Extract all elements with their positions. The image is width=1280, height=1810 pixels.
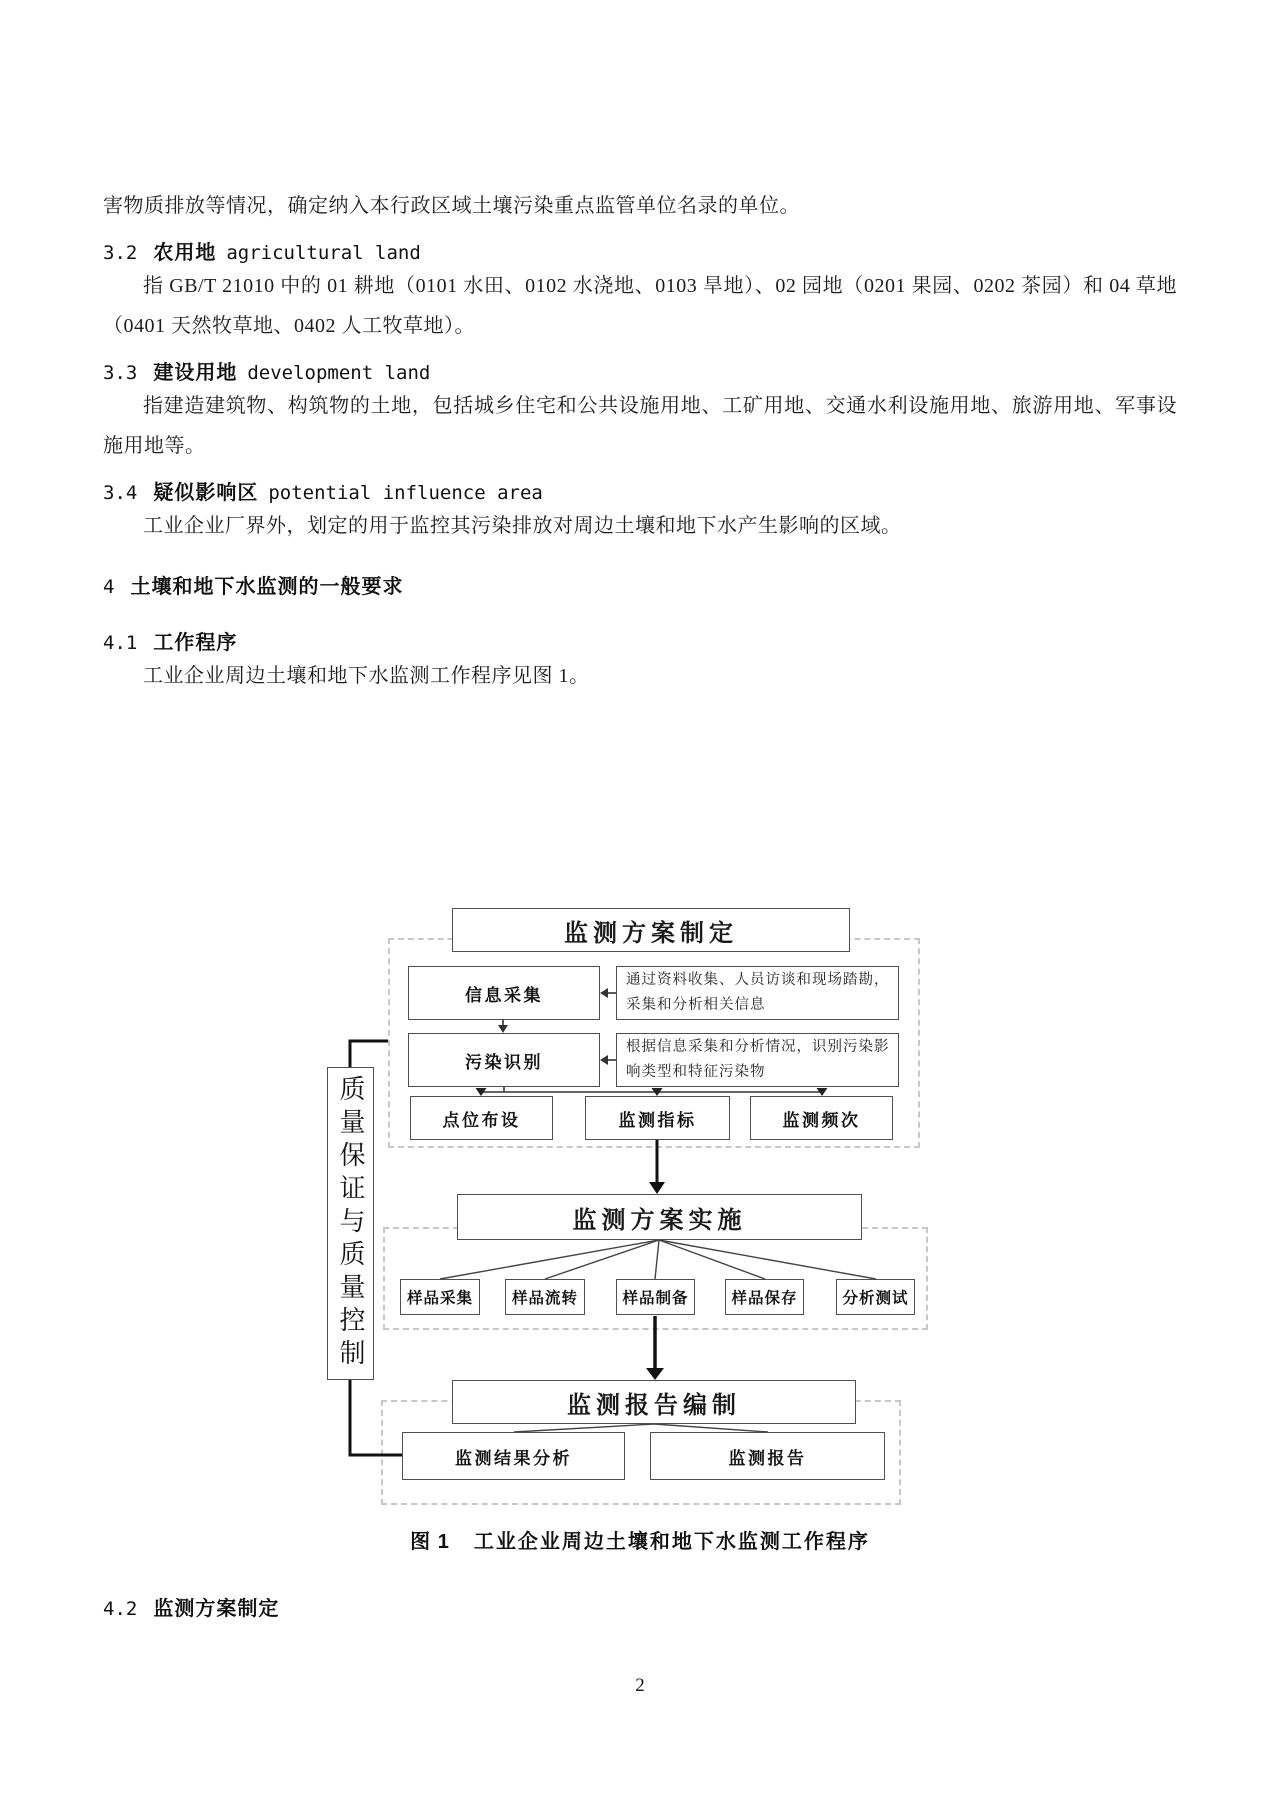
box-note-info: 通过资料收集、人员访谈和现场踏勘，采集和分析相关信息	[616, 966, 899, 1020]
box-monitoring-indicators-label: 监测指标	[619, 1106, 697, 1131]
box-note-pollution: 根据信息采集和分析情况，识别污染影响类型和特征污染物	[616, 1033, 899, 1087]
box-quality-assurance: 质量保证与质量控制	[327, 1067, 374, 1380]
box-stage-report-label: 监测报告编制	[567, 1385, 741, 1420]
heading-3-3-english: development land	[247, 362, 430, 384]
heading-3-2-title: 农用地	[153, 242, 216, 264]
box-monitoring-frequency: 监测频次	[750, 1096, 893, 1140]
box-info-collection: 信息采集	[408, 966, 600, 1020]
paragraph-intro: 害物质排放等情况，确定纳入本行政区域土壤污染重点监管单位名录的单位。	[103, 186, 1177, 226]
heading-3-2-number: 3.2	[103, 242, 137, 264]
heading-4-1-number: 4.1	[103, 632, 137, 654]
heading-4-2-number: 4.2	[103, 1598, 137, 1620]
heading-3-3-title: 建设用地	[153, 362, 237, 384]
box-pollution-identification-label: 污染识别	[465, 1048, 543, 1073]
box-stage-plan-label: 监测方案制定	[564, 913, 738, 948]
box-sample-collection-label: 样品采集	[407, 1286, 473, 1308]
box-stage-implementation: 监测方案实施	[457, 1194, 862, 1240]
document-page: 害物质排放等情况，确定纳入本行政区域土壤污染重点监管单位名录的单位。 3.2农用…	[0, 0, 1280, 1810]
heading-3-4-title: 疑似影响区	[153, 482, 258, 504]
heading-3-4-number: 3.4	[103, 482, 137, 504]
box-sample-preparation: 样品制备	[616, 1279, 695, 1315]
heading-4-number: 4	[103, 576, 114, 598]
box-analysis-testing-label: 分析测试	[842, 1286, 908, 1308]
box-analysis-testing: 分析测试	[836, 1279, 915, 1315]
heading-4-2-title: 监测方案制定	[153, 1598, 279, 1620]
box-point-layout: 点位布设	[410, 1096, 553, 1140]
box-pollution-identification: 污染识别	[408, 1033, 600, 1087]
box-quality-assurance-label: 质量保证与质量控制	[332, 1075, 369, 1372]
box-sample-collection: 样品采集	[400, 1279, 480, 1315]
figure-1-caption-text: 工业企业周边土壤和地下水监测工作程序	[474, 1531, 870, 1553]
paragraph-3-2: 指 GB/T 21010 中的 01 耕地（0101 水田、0102 水浇地、0…	[103, 266, 1177, 346]
heading-4-title: 土壤和地下水监测的一般要求	[130, 576, 403, 598]
box-result-analysis-label: 监测结果分析	[455, 1444, 572, 1469]
box-info-collection-label: 信息采集	[465, 981, 543, 1006]
box-sample-transfer-label: 样品流转	[512, 1286, 578, 1308]
box-stage-implementation-label: 监测方案实施	[573, 1200, 747, 1235]
heading-4-2: 4.2监测方案制定	[103, 1596, 279, 1622]
box-sample-storage: 样品保存	[725, 1279, 804, 1315]
box-stage-plan: 监测方案制定	[452, 908, 850, 952]
heading-4: 4土壤和地下水监测的一般要求	[103, 574, 1177, 600]
box-stage-report: 监测报告编制	[452, 1380, 856, 1424]
heading-3-4: 3.4疑似影响区potential influence area	[103, 480, 1177, 506]
box-sample-storage-label: 样品保存	[731, 1286, 797, 1308]
paragraph-4-1: 工业企业周边土壤和地下水监测工作程序见图 1。	[103, 656, 1177, 696]
figure-1-flowchart: 监测方案制定 信息采集 通过资料收集、人员访谈和现场踏勘，采集和分析相关信息 污…	[320, 900, 940, 1518]
box-note-pollution-text: 根据信息采集和分析情况，识别污染影响类型和特征污染物	[626, 1035, 892, 1085]
box-monitoring-frequency-label: 监测频次	[783, 1106, 861, 1131]
heading-4-1-title: 工作程序	[153, 632, 237, 654]
heading-3-3-number: 3.3	[103, 362, 137, 384]
box-monitoring-report-label: 监测报告	[729, 1444, 807, 1469]
heading-4-1: 4.1工作程序	[103, 630, 1177, 656]
box-sample-preparation-label: 样品制备	[622, 1286, 688, 1308]
box-monitoring-indicators: 监测指标	[585, 1096, 730, 1140]
heading-3-2: 3.2农用地agricultural land	[103, 240, 1177, 266]
box-monitoring-report: 监测报告	[650, 1432, 885, 1480]
paragraph-3-4: 工业企业厂界外，划定的用于监控其污染排放对周边土壤和地下水产生影响的区域。	[103, 506, 1177, 546]
box-sample-transfer: 样品流转	[505, 1279, 585, 1315]
heading-3-4-english: potential influence area	[268, 482, 543, 504]
heading-3-2-english: agricultural land	[226, 242, 420, 264]
box-note-info-text: 通过资料收集、人员访谈和现场踏勘，采集和分析相关信息	[626, 968, 892, 1018]
page-number: 2	[0, 1674, 1280, 1698]
box-point-layout-label: 点位布设	[443, 1106, 521, 1131]
figure-1-caption: 图 1工业企业周边土壤和地下水监测工作程序	[0, 1525, 1280, 1554]
paragraph-3-3: 指建造建筑物、构筑物的土地，包括城乡住宅和公共设施用地、工矿用地、交通水利设施用…	[103, 386, 1177, 466]
figure-1-caption-number: 图 1	[410, 1531, 450, 1553]
heading-3-3: 3.3建设用地development land	[103, 360, 1177, 386]
box-result-analysis: 监测结果分析	[402, 1432, 625, 1480]
